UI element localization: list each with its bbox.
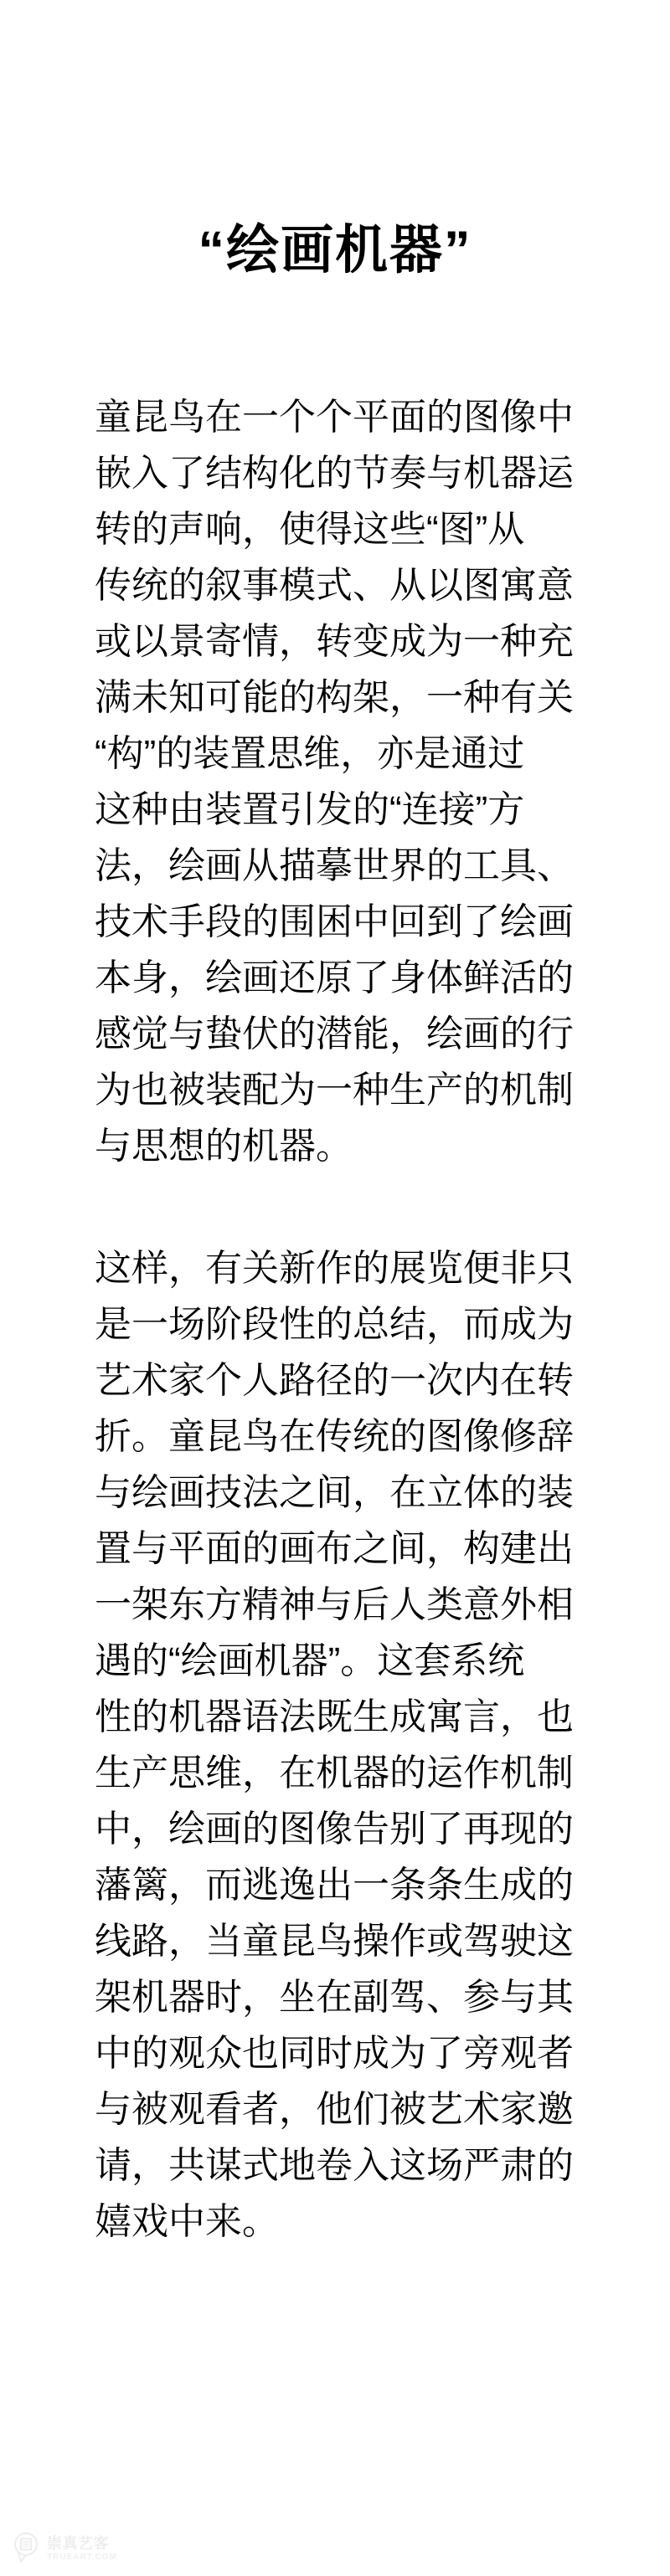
text-line: 转的声响，使得这些“图”从	[95, 501, 574, 557]
text-line: 或以景寄情，转变成为一种充	[95, 613, 574, 670]
text-line: 童昆鸟在一个个平面的图像中	[95, 389, 574, 445]
speech-bubble-document-icon	[13, 2531, 41, 2564]
article-title: “绘画机器”	[0, 224, 670, 277]
text-line: 技术手段的围困中回到了绘画	[95, 894, 574, 950]
text-line: 中的观众也同时成为了旁观者	[95, 2025, 574, 2081]
article-paragraph-2: 这样，有关新作的展览便非只是一场阶段性的总结，而成为艺术家个人路径的一次内在转折…	[95, 1240, 574, 2250]
text-line: 与思想的机器。	[95, 1118, 574, 1174]
text-line: 传统的叙事模式、从以图寓意	[95, 557, 574, 613]
watermark: 崇真艺客 TRUEART.COM	[13, 2531, 117, 2564]
text-line: 置与平面的画布之间，构建出	[95, 1521, 574, 1577]
text-line: 这样，有关新作的展览便非只	[95, 1240, 574, 1296]
watermark-brand-en: TRUEART.COM	[47, 2553, 117, 2562]
article-body: 童昆鸟在一个个平面的图像中嵌入了结构化的节奏与机器运转的声响，使得这些“图”从传…	[95, 389, 574, 2250]
text-line: 满未知可能的构架，一种有关	[95, 670, 574, 726]
text-line: “构”的装置思维，亦是通过	[95, 726, 574, 782]
text-line: 嬉戏中来。	[95, 2194, 574, 2250]
watermark-text: 崇真艺客 TRUEART.COM	[47, 2534, 117, 2562]
text-line: 遇的“绘画机器”。这套系统	[95, 1633, 574, 1689]
text-line: 这种由装置引发的“连接”方	[95, 782, 574, 838]
text-line: 为也被装配为一种生产的机制	[95, 1062, 574, 1118]
text-line: 感觉与蛰伏的潜能，绘画的行	[95, 1006, 574, 1062]
text-line: 中，绘画的图像告别了再现的	[95, 1801, 574, 1857]
text-line: 一架东方精神与后人类意外相	[95, 1577, 574, 1633]
text-line: 是一场阶段性的总结，而成为	[95, 1296, 574, 1352]
text-line: 与被观看者，他们被艺术家邀	[95, 2081, 574, 2137]
watermark-brand-cn: 崇真艺客	[47, 2534, 117, 2553]
text-line: 性的机器语法既生成寓言，也	[95, 1689, 574, 1745]
text-line: 线路，当童昆鸟操作或驾驶这	[95, 1913, 574, 1969]
text-line: 法，绘画从描摹世界的工具、	[95, 838, 574, 894]
page-root: “绘画机器” 童昆鸟在一个个平面的图像中嵌入了结构化的节奏与机器运转的声响，使得…	[0, 0, 670, 2576]
text-line: 请，共谋式地卷入这场严肃的	[95, 2137, 574, 2194]
text-line: 嵌入了结构化的节奏与机器运	[95, 445, 574, 501]
text-line: 折。童昆鸟在传统的图像修辞	[95, 1409, 574, 1465]
text-line: 艺术家个人路径的一次内在转	[95, 1352, 574, 1409]
text-line: 本身，绘画还原了身体鲜活的	[95, 950, 574, 1006]
text-line: 藩篱，而逃逸出一条条生成的	[95, 1857, 574, 1913]
text-line: 架机器时，坐在副驾、参与其	[95, 1969, 574, 2025]
text-line: 与绘画技法之间，在立体的装	[95, 1465, 574, 1521]
text-line: 生产思维，在机器的运作机制	[95, 1745, 574, 1801]
article-paragraph-1: 童昆鸟在一个个平面的图像中嵌入了结构化的节奏与机器运转的声响，使得这些“图”从传…	[95, 389, 574, 1174]
